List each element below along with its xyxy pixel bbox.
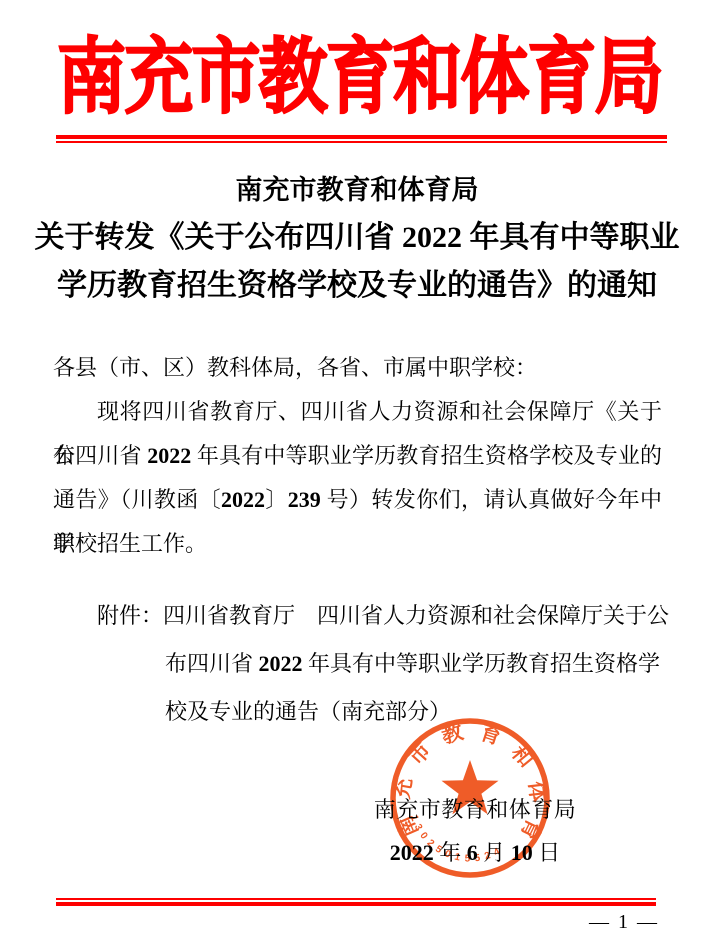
- attachment-line: 校及专业的通告（南充部分）: [97, 688, 672, 736]
- attachment-block: 附件：四川省教育厅 四川省人力资源和社会保障厅关于公布四川省 2022 年具有中…: [97, 592, 672, 736]
- letterhead-agency-title: 南充市教育和体育局: [57, 26, 657, 130]
- letterhead-rule: [56, 135, 667, 143]
- body-line: 通告》（川教函〔2022〕239 号）转发你们，请认真做好今年中职: [53, 478, 662, 522]
- body-line: 学校招生工作。: [53, 522, 662, 566]
- body-line: 现将四川省教育厅、四川省人力资源和社会保障厅《关于公: [53, 390, 662, 434]
- footer-rule: [56, 898, 656, 906]
- attachment-line: 附件：四川省教育厅 四川省人力资源和社会保障厅关于公: [97, 592, 672, 640]
- document-page: 南充市教育和体育局 南充市教育和体育局 关于转发《关于公布四川省 2022 年具…: [0, 0, 714, 949]
- doc-title-line-2: 关于转发《关于公布四川省 2022 年具有中等职业: [0, 212, 714, 256]
- signature-agency: 南充市教育和体育局: [350, 797, 600, 823]
- doc-title-line-1: 南充市教育和体育局: [0, 168, 714, 207]
- page-number: — 1 —: [589, 911, 659, 934]
- doc-title-line-3: 学历教育招生资格学校及专业的通告》的通知: [0, 260, 714, 304]
- attachment-line: 布四川省 2022 年具有中等职业学历教育招生资格学: [97, 640, 672, 688]
- body-paragraphs: 各县（市、区）教科体局，各省、市属中职学校：现将四川省教育厅、四川省人力资源和社…: [53, 346, 662, 566]
- signature-block: 南充市教育和体育局 2022 年 6 月 10 日: [350, 797, 600, 866]
- body-line: 各县（市、区）教科体局，各省、市属中职学校：: [53, 346, 662, 390]
- signature-date: 2022 年 6 月 10 日: [350, 840, 600, 866]
- body-line: 布四川省 2022 年具有中等职业学历教育招生资格学校及专业的: [53, 434, 662, 478]
